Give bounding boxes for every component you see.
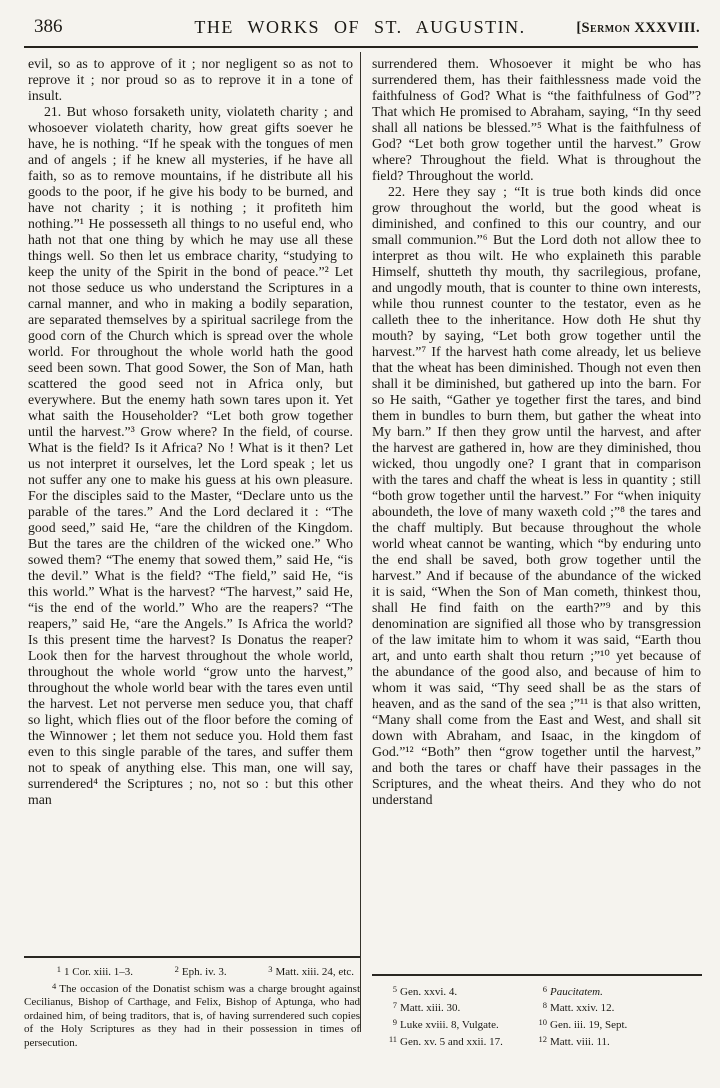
footnote-marker: 2 (168, 963, 179, 976)
footnote-marker: 11 (386, 1033, 397, 1047)
header-rule (24, 46, 698, 48)
left-column: evil, so as to approve of it ; nor negli… (28, 56, 353, 954)
page-number: 386 (34, 16, 63, 38)
footnote-marker: 4 (38, 980, 56, 993)
footnote-marker: 5 (386, 983, 397, 997)
footnote-text: Matt. viii. 11. (550, 1036, 610, 1048)
footnote-marker: 3 (261, 963, 272, 976)
footnote-text: Matt. xiii. 24, etc. (275, 966, 354, 978)
footnote-text: Gen. xxvi. 4. (400, 986, 457, 998)
right-column: surrendered them. Whosoever it might be … (372, 56, 701, 970)
footnote-grid: 5Gen. xxvi. 4. 6Paucitatem. 7Matt. xiii.… (372, 983, 702, 1050)
footnote-5: 5Gen. xxvi. 4. (386, 983, 536, 1000)
footnote-text: Luke xviii. 8, Vulgate. (400, 1019, 499, 1031)
footnote-text: Matt. xxiv. 12. (550, 1002, 614, 1014)
footnote-3: 3Matt. xiii. 24, etc. (261, 963, 354, 979)
footnote-7: 7Matt. xiii. 30. (386, 999, 536, 1016)
footnote-9: 9Luke xviii. 8, Vulgate. (386, 1016, 536, 1033)
footnote-text: Gen. xv. 5 and xxii. 17. (400, 1036, 503, 1048)
footnote-marker: 9 (386, 1016, 397, 1030)
footnote-text: Matt. xiii. 30. (400, 1002, 460, 1014)
column-divider-rule (360, 52, 361, 1032)
right-footnotes: 5Gen. xxvi. 4. 6Paucitatem. 7Matt. xiii.… (372, 974, 702, 1050)
footnote-marker: 7 (386, 999, 397, 1013)
footnote-text: Eph. iv. 3. (182, 966, 227, 978)
footnote-marker: 10 (536, 1016, 547, 1030)
footnote-marker: 12 (536, 1033, 547, 1047)
footnote-marker: 6 (536, 983, 547, 997)
footnote-text: Gen. iii. 19, Sept. (550, 1019, 627, 1031)
page-title: THE WORKS OF ST. AUGUSTIN. (194, 17, 525, 38)
book-page: 386 THE WORKS OF ST. AUGUSTIN. [Sermon X… (0, 0, 720, 1088)
footnote-text: Paucitatem. (550, 986, 603, 998)
paragraph-continuation: surrendered them. Whosoever it might be … (372, 56, 701, 184)
footnote-text: The occasion of the Donatist schism was … (24, 983, 360, 1049)
footnote-row: 11 Cor. xiii. 1–3. 2Eph. iv. 3. 3Matt. x… (24, 958, 360, 979)
left-footnotes: 11 Cor. xiii. 1–3. 2Eph. iv. 3. 3Matt. x… (24, 956, 360, 1050)
footnote-text: 1 Cor. xiii. 1–3. (64, 966, 133, 978)
paragraph-22: 22. Here they say ; “It is true both kin… (372, 184, 701, 808)
footnote-10: 10Gen. iii. 19, Sept. (536, 1016, 702, 1033)
footnote-11: 11Gen. xv. 5 and xxii. 17. (386, 1033, 536, 1050)
footnote-separator-rule (372, 974, 702, 976)
footnote-8: 8Matt. xxiv. 12. (536, 999, 702, 1016)
footnote-4: 4The occasion of the Donatist schism was… (24, 980, 360, 1050)
footnote-2: 2Eph. iv. 3. (168, 963, 227, 979)
footnote-marker: 1 (50, 963, 61, 976)
sermon-reference: [Sermon XXXVIII. (576, 20, 700, 37)
footnote-1: 11 Cor. xiii. 1–3. (50, 963, 133, 979)
paragraph-continuation: evil, so as to approve of it ; nor negli… (28, 56, 353, 104)
paragraph-21: 21. But whoso forsaketh unity, violateth… (28, 104, 353, 808)
footnote-marker: 8 (536, 999, 547, 1013)
footnote-12: 12Matt. viii. 11. (536, 1033, 702, 1050)
footnote-6: 6Paucitatem. (536, 983, 702, 1000)
